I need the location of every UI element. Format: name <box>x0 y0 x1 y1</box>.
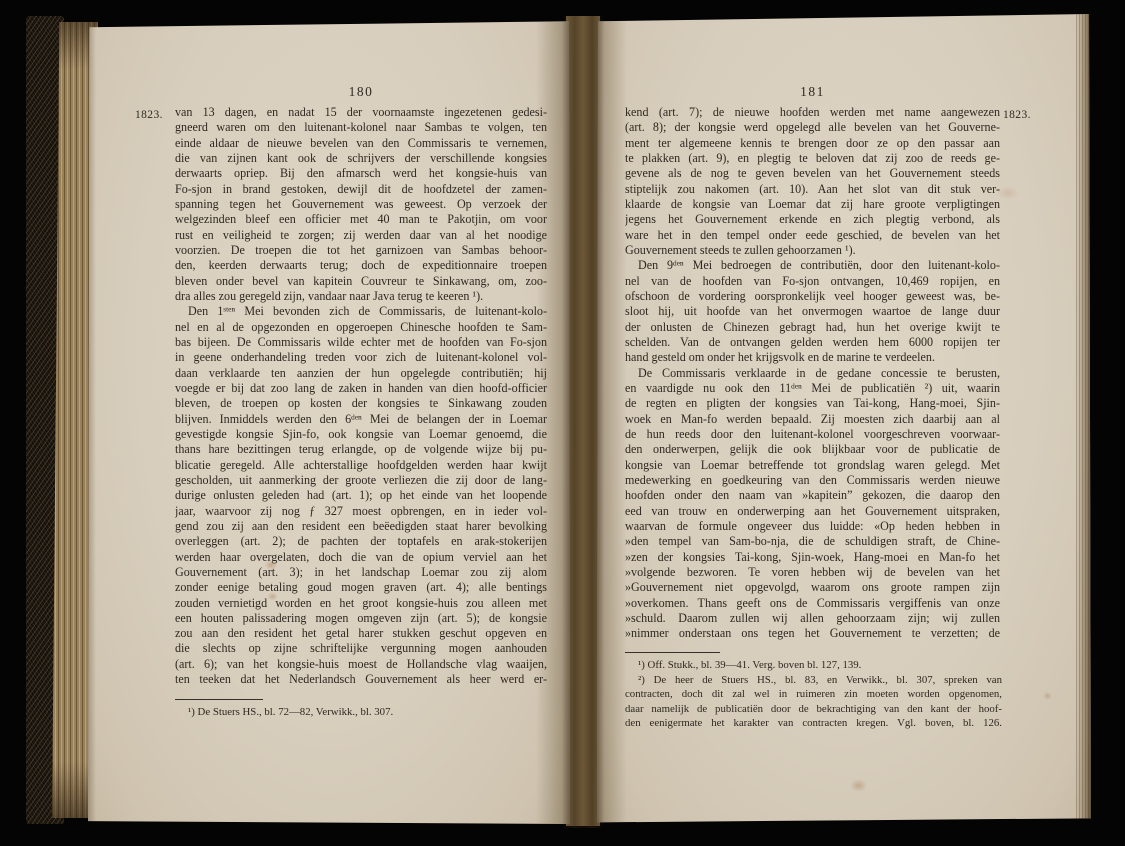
text-line: en vaardigde nu ook den 11ᵈᵉⁿ Mei de pub… <box>625 381 1000 396</box>
text-line: welgezinden bleef een officier met 40 ma… <box>175 212 547 227</box>
foxing-spot <box>997 186 1019 200</box>
text-line: Gouvernement steeds te zullen gehoorzame… <box>625 243 1000 258</box>
text-line: jegens het Gouvernement erkende en zich … <box>625 212 1000 227</box>
text-line: te plakken (art. 9), en plegtig te belov… <box>625 151 1000 166</box>
footnote-line: contracten, doch dit zal wel in ruimeren… <box>625 687 1002 702</box>
gutter-base <box>566 16 600 826</box>
text-line: schelden. Van de ontvangen gelden werden… <box>625 335 1000 350</box>
text-line: »nimmer onderstaan ons tegen het Gouvern… <box>625 626 1000 641</box>
text-line: die slechts op zijne schriftelijke vergu… <box>175 641 547 656</box>
text-line: werden haar overgelaten, doch die van de… <box>175 550 547 565</box>
right-footnotes: ¹) Off. Stukk., bl. 39—41. Verg. boven b… <box>625 658 1002 731</box>
text-line: »zen der kongsies Tai-kong, Sjin-woek, H… <box>625 550 1000 565</box>
right-footnote-rule <box>625 652 720 653</box>
text-line: medewerking en goedkeuring van den Commi… <box>625 473 1000 488</box>
text-line: nel van de hoofden van Fo-sjon ontvangen… <box>625 274 1000 289</box>
text-line: hand gesteld om onder het krijgsvolk en … <box>625 350 1000 365</box>
text-line: (art. 6); van het kongsie-huis moest de … <box>175 657 547 672</box>
text-line: Den 9ᵈᵉⁿ Mei bedroegen de contributiën, … <box>625 258 1000 273</box>
text-line: kongsie van Loemar betreffende tot grond… <box>625 458 1000 473</box>
text-line: die van zijnen kant ook de schrijvers de… <box>175 151 547 166</box>
right-page-edge-stack <box>1076 14 1091 824</box>
left-footnote-rule <box>175 699 263 700</box>
text-line: kend (art. 7); de nieuwe hoofden werden … <box>625 105 1000 120</box>
text-line: rust en veiligheid te zorgen; zij werden… <box>175 228 547 243</box>
footnote-line: daar namelijk de publicatiën door de bek… <box>625 702 1002 717</box>
text-line: gneerd waren om den luitenant-kolonel na… <box>175 120 547 135</box>
text-line: sloot hij, uit hoofde van het onvermogen… <box>625 304 1000 319</box>
text-line: daan verklaarde ten aanzien der hun opge… <box>175 366 547 381</box>
foxing-spot <box>1043 692 1052 700</box>
text-line: blicatie geregeld. Alle achterstallige h… <box>175 458 547 473</box>
text-line: Fo-sjon in brand gestoken, dewijl dit de… <box>175 182 547 197</box>
right-page: 181 1823. kend (art. 7); de nieuwe hoofd… <box>597 14 1091 824</box>
text-line: gescholden, uit aanmerking der groote ve… <box>175 473 547 488</box>
text-line: dra alles zou geregeld zijn, vandaar naa… <box>175 289 547 304</box>
text-line: de hun reeds door den luitenant-kolonel … <box>625 427 1000 442</box>
text-line: bleven, de troepen op kosten der kongsie… <box>175 396 547 411</box>
text-line: ten teeken dat het Nederlandsch Gouverne… <box>175 672 547 687</box>
text-line: den onderwerpen, gelijk die ook blijkbaa… <box>625 442 1000 457</box>
footnote-line: den eenigermate het karakter van contrac… <box>625 716 1002 731</box>
text-line: »schuld. Daarom zullen wij allen gehoorz… <box>625 611 1000 626</box>
footnote-line: ¹) Off. Stukk., bl. 39—41. Verg. boven b… <box>625 658 1002 673</box>
text-line: Den 1ˢᵗᵉⁿ Mei bevonden zich de Commissar… <box>175 304 547 319</box>
text-line: ment ter algemeene kennis te brengen doo… <box>625 136 1000 151</box>
text-line: Gouvernement (art. 3); in het landschap … <box>175 565 547 580</box>
text-line: jaar, waarvoor zij nog ƒ 327 moest opbre… <box>175 504 547 519</box>
text-line: voegde er bij dat zoo lang de zaken in h… <box>175 381 547 396</box>
text-line: »overkomen. Thans geeft ons de Commissar… <box>625 596 1000 611</box>
text-line: waarvan de formule ongeveer dus luidde: … <box>625 519 1000 534</box>
text-line: woek en Man-fo werden bepaald. Zij moest… <box>625 412 1000 427</box>
left-page: 180 1823. van 13 dagen, en nadat 15 der … <box>88 20 570 826</box>
text-line: »volgende bezworen. Te voren hebben wij … <box>625 565 1000 580</box>
text-line: einde aldaar de nieuwe bevelen van den C… <box>175 136 547 151</box>
text-line: »Gouvernement niet opgevolgd, waarom ons… <box>625 580 1000 595</box>
text-line: blijven. Inmiddels werden den 6ᵈᵉⁿ Mei d… <box>175 412 547 427</box>
text-line: bas bijeen. De Commissaris wilde echter … <box>175 335 547 350</box>
text-line: klaarde de kongsie van Loemar dat zij ha… <box>625 197 1000 212</box>
right-body-text: kend (art. 7); de nieuwe hoofden werden … <box>625 105 1000 641</box>
text-line: der onlusten de Chinezen gebragt had, hu… <box>625 320 1000 335</box>
text-line: eed van trouw en onderwerping aan het Go… <box>625 504 1000 519</box>
text-line: zou aan den resident het getal harer stu… <box>175 626 547 641</box>
text-line: zouden vernietigd worden en het groot ko… <box>175 596 547 611</box>
text-line: nel en al de opgezonden en opgeroepen Ch… <box>175 320 547 335</box>
left-footnotes: ¹) De Stuers HS., bl. 72—82, Verwikk., b… <box>175 705 547 720</box>
text-line: hoofden onder den naam van »kapitein” ge… <box>625 488 1000 503</box>
text-line: (art. 8); der kongsie werd opgelegd alle… <box>625 120 1000 135</box>
text-line: gevene als de nog te geven bevelen van h… <box>625 166 1000 181</box>
text-line: een houten palissadering mogen omgeven z… <box>175 611 547 626</box>
text-line: ware het in den tempel onder eede geschi… <box>625 228 1000 243</box>
text-line: gevestigde kongsie Sjin-fo, ook kongsie … <box>175 427 547 442</box>
text-line: voorzien. De troepen die tot het garnizo… <box>175 243 547 258</box>
text-line: gend zou zij aan den resident een beëedi… <box>175 519 547 534</box>
text-line: bleven onder bevel van kapitein Couvreur… <box>175 274 547 289</box>
left-page-number: 180 <box>175 84 547 100</box>
text-line: in geene onderhandeling treden voor zich… <box>175 350 547 365</box>
book-scan: 180 1823. van 13 dagen, en nadat 15 der … <box>0 0 1125 846</box>
footnote-line: ¹) De Stuers HS., bl. 72—82, Verwikk., b… <box>175 705 547 720</box>
text-line: zonder eenige betaling goud mogen graven… <box>175 580 547 595</box>
right-page-number: 181 <box>625 84 1000 100</box>
text-line: van 13 dagen, en nadat 15 der voornaamst… <box>175 105 547 120</box>
text-line: spanning tegen het Gouvernement was gewe… <box>175 197 547 212</box>
text-line: thans hare bezittingen terug erlangde, o… <box>175 442 547 457</box>
text-line: den, keerden derwaarts terug; doch de ex… <box>175 258 547 273</box>
left-body-text: van 13 dagen, en nadat 15 der voornaamst… <box>175 105 547 687</box>
text-line: durige onlusten geleden had (art. 1); op… <box>175 488 547 503</box>
right-margin-year: 1823. <box>1003 109 1031 121</box>
text-line: ofschoon de vordering oorspronkelijk vee… <box>625 289 1000 304</box>
text-line: overleggen (art. 2); de pachten der topt… <box>175 534 547 549</box>
text-line: »den tempel van Sam-bo-nja, die de schul… <box>625 534 1000 549</box>
footnote-line: ²) De heer de Stuers HS., bl. 83, en Ver… <box>625 673 1002 688</box>
text-line: derwaarts opriep. Bij den afmarsch werd … <box>175 166 547 181</box>
text-line: stiptelijk zou nakomen (art. 10). Aan he… <box>625 182 1000 197</box>
right-page-gutter-shade <box>597 14 627 824</box>
text-line: De Commissaris verklaarde in de gedane c… <box>625 366 1000 381</box>
text-line: de regten en pligten der kongsies van Ta… <box>625 396 1000 411</box>
left-margin-year: 1823. <box>135 109 163 121</box>
foxing-spot <box>850 779 867 792</box>
